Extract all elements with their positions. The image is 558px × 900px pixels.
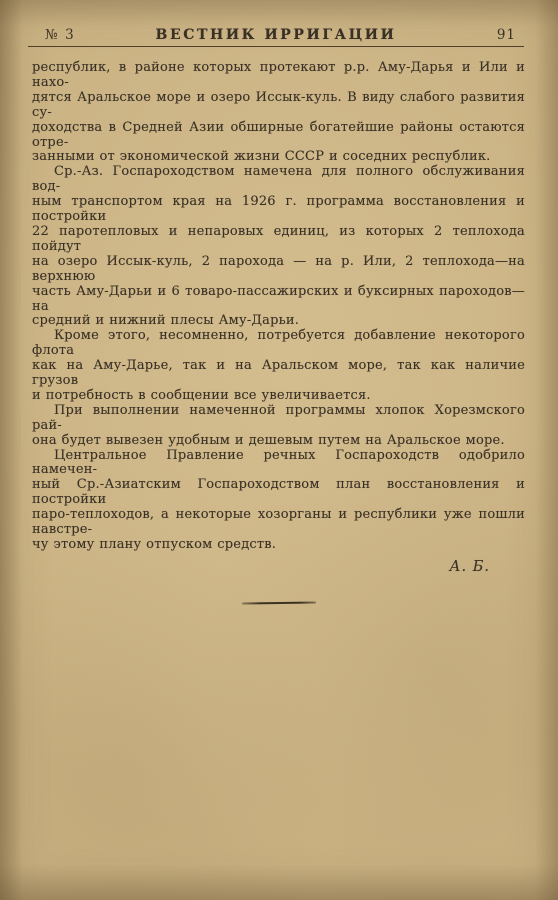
article-body: республик, в районе которых протекают р.… xyxy=(32,61,525,553)
text-line: республик, в районе которых протекают р.… xyxy=(32,61,525,91)
paragraph: Центральное Правление речных Госпароходс… xyxy=(32,449,525,553)
paragraph: Кроме этого, несомненно, потребуется доб… xyxy=(32,329,525,404)
text-line: Кроме этого, несомненно, потребуется доб… xyxy=(32,329,525,359)
text-line: как на Аму-Дарье, так и на Аральском мор… xyxy=(32,359,525,389)
text-line: ным транспортом края на 1926 г. программ… xyxy=(32,195,525,225)
text-line: паро-теплоходов, а некоторые хозорганы и… xyxy=(32,508,525,538)
page-header: № 3 ВЕСТНИК ИРРИГАЦИИ 91 xyxy=(28,0,524,47)
paragraph: Ср.-Аз. Госпароходством намечена для пол… xyxy=(32,165,525,329)
scanned-page: № 3 ВЕСТНИК ИРРИГАЦИИ 91 республик, в ра… xyxy=(0,0,558,900)
text-line: 22 паротепловых и непаровых единиц, из к… xyxy=(32,225,525,255)
section-divider-rule xyxy=(242,601,316,604)
text-line: дятся Аральское море и озеро Иссык-куль.… xyxy=(32,91,525,121)
text-line: При выполнении намеченной программы хлоп… xyxy=(32,404,525,434)
paragraph: При выполнении намеченной программы хлоп… xyxy=(32,404,525,449)
page-number: 91 xyxy=(497,27,524,43)
text-line: чу этому плану отпуском средств. xyxy=(32,538,525,553)
text-line: часть Аму-Дарьи и 6 товаро-пассажирских … xyxy=(32,285,525,315)
text-line: на озеро Иссык-куль, 2 парохода — на р. … xyxy=(32,255,525,285)
paragraph: республик, в районе которых протекают р.… xyxy=(32,61,525,165)
text-line: и потребность в сообщении все увеличивае… xyxy=(32,389,525,404)
text-line: Ср.-Аз. Госпароходством намечена для пол… xyxy=(32,165,525,195)
text-line: доходства в Средней Азии обширные богате… xyxy=(32,121,525,151)
journal-title: ВЕСТНИК ИРРИГАЦИИ xyxy=(156,27,397,43)
text-line: она будет вывезен удобным и дешевым путе… xyxy=(32,434,525,449)
author-signature: А. Б. xyxy=(0,559,490,575)
issue-number: № 3 xyxy=(28,27,75,43)
text-line: ный Ср.-Азиатским Госпароходством план в… xyxy=(32,478,525,508)
text-line: Центральное Правление речных Госпароходс… xyxy=(32,449,525,479)
